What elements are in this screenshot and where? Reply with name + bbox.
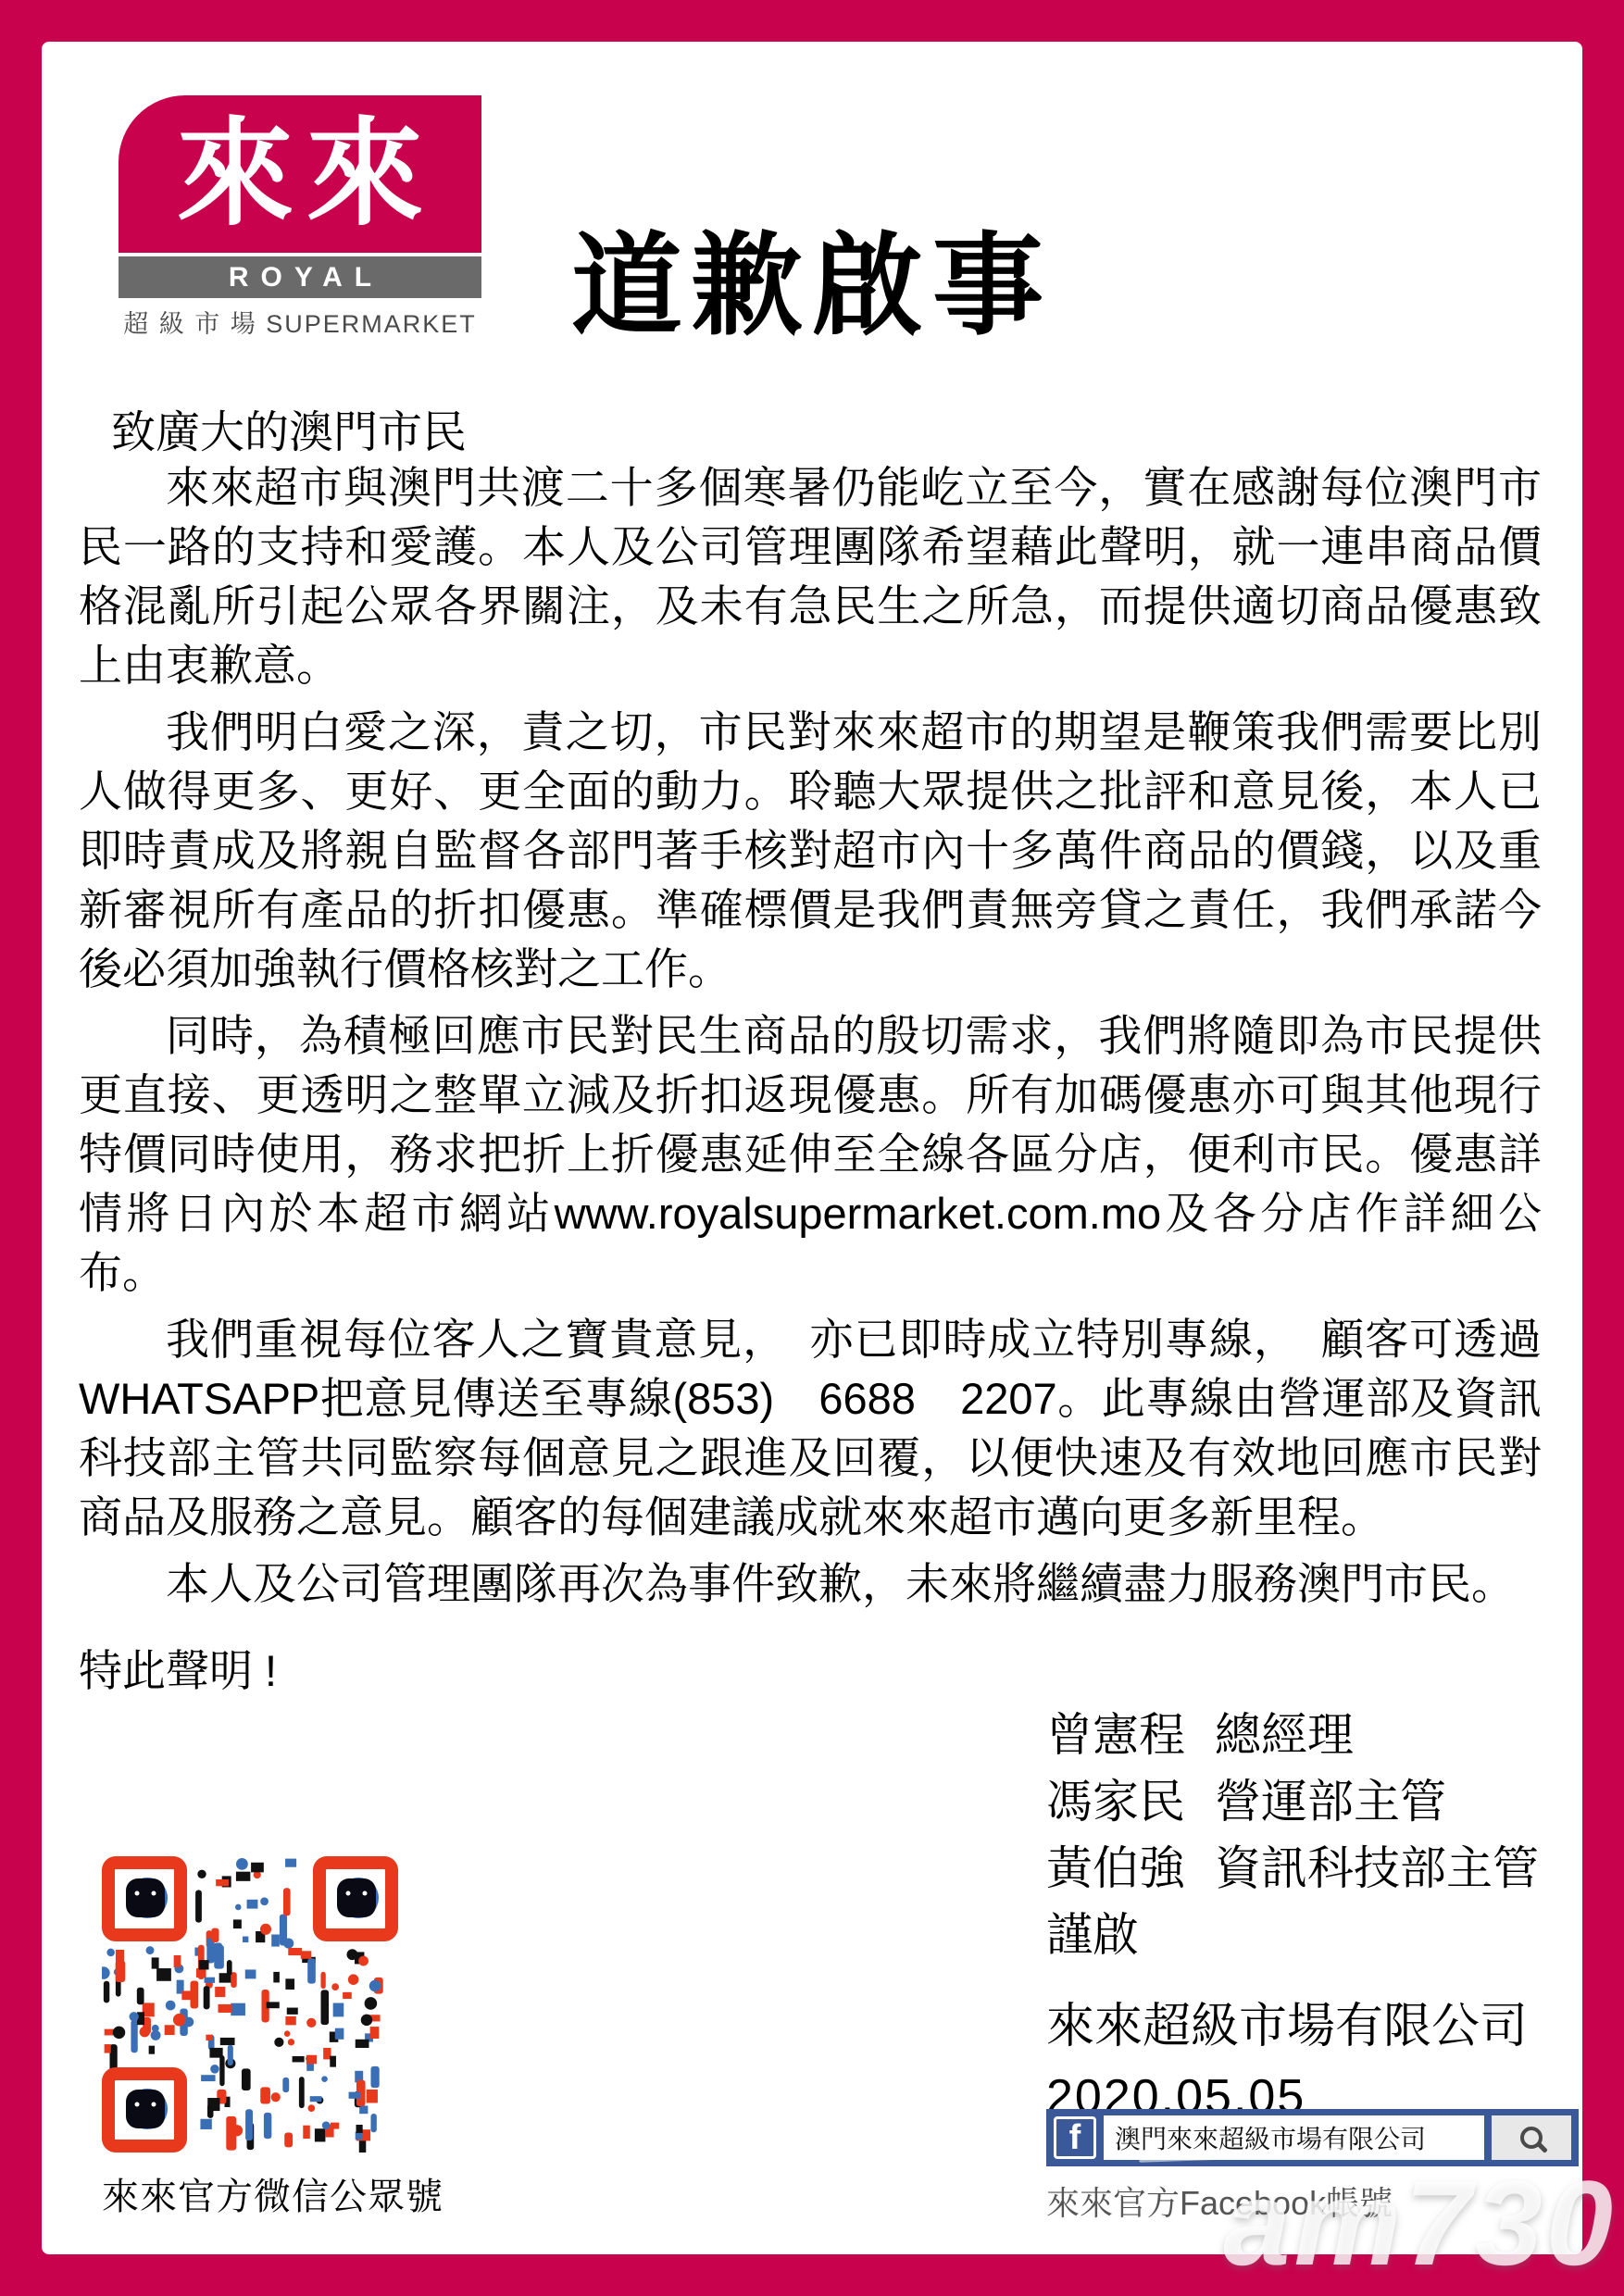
search-icon [1520, 2127, 1543, 2149]
closing-statement: 特此聲明 ! [79, 1641, 1542, 1701]
facebook-logo-icon: f [1054, 2116, 1096, 2159]
paragraph: 我們明白愛之深，責之切，市民對來來超市的期望是鞭策我們需要比別人做得更多、更好、… [79, 703, 1542, 999]
wechat-caption: 來來官方微信公眾號 [102, 2167, 407, 2220]
facebook-search-button[interactable] [1492, 2115, 1571, 2160]
signer-name: 曾憲程 [1046, 1702, 1185, 1768]
wechat-section: 來來官方微信公眾號 [102, 1856, 407, 2220]
paragraph: 同時，為積極回應市民對民生商品的殷切需求，我們將隨即為市民提供更直接、更透明之整… [79, 1006, 1542, 1303]
signer-title: 資訊科技部主管 [1215, 1835, 1539, 1902]
am730-watermark: am730 [1223, 2163, 1617, 2283]
letter-body: 來來超市與澳門共渡二十多個寒暑仍能屹立至今，實在感謝每位澳門市民一路的支持和愛護… [79, 458, 1542, 1708]
paragraph: 來來超市與澳門共渡二十多個寒暑仍能屹立至今，實在感謝每位澳門市民一路的支持和愛護… [79, 458, 1542, 695]
notice-sheet: 來來 ROYAL 超 級 市 場 SUPERMARKET 道歉啟事 致廣大的澳門… [42, 42, 1582, 2254]
salutation: 致廣大的澳門市民 [111, 396, 467, 460]
signature-line: 馮家民 營運部主管 [1046, 1768, 1539, 1835]
wechat-qr-code [102, 1856, 398, 2152]
signer-name: 馮家民 [1046, 1768, 1185, 1835]
paragraph: 我們重視每位客人之寶貴意見， 亦已即時成立特別專線， 顧客可透過WHATSAPP… [79, 1310, 1542, 1547]
signer-title: 營運部主管 [1215, 1768, 1446, 1835]
signature-line: 曾憲程 總經理 [1046, 1702, 1539, 1768]
signer-title: 總經理 [1215, 1702, 1354, 1768]
signer-name: 黃伯強 [1046, 1835, 1185, 1902]
signature-block: 曾憲程 總經理 馮家民 營運部主管 黃伯強 資訊科技部主管 謹啟 來來超級市場有… [1046, 1702, 1539, 2125]
signature-line: 黃伯強 資訊科技部主管 [1046, 1835, 1539, 1902]
sign-off: 謹啟 [1046, 1902, 1539, 1968]
page-title: 道歉啟事 [42, 197, 1582, 356]
apology-notice-page: 來來 ROYAL 超 級 市 場 SUPERMARKET 道歉啟事 致廣大的澳門… [0, 0, 1624, 2296]
company-name: 來來超級市場有限公司 [1046, 1987, 1539, 2056]
paragraph: 本人及公司管理團隊再次為事件致歉，未來將繼續盡力服務澳門市民。 [79, 1554, 1542, 1614]
